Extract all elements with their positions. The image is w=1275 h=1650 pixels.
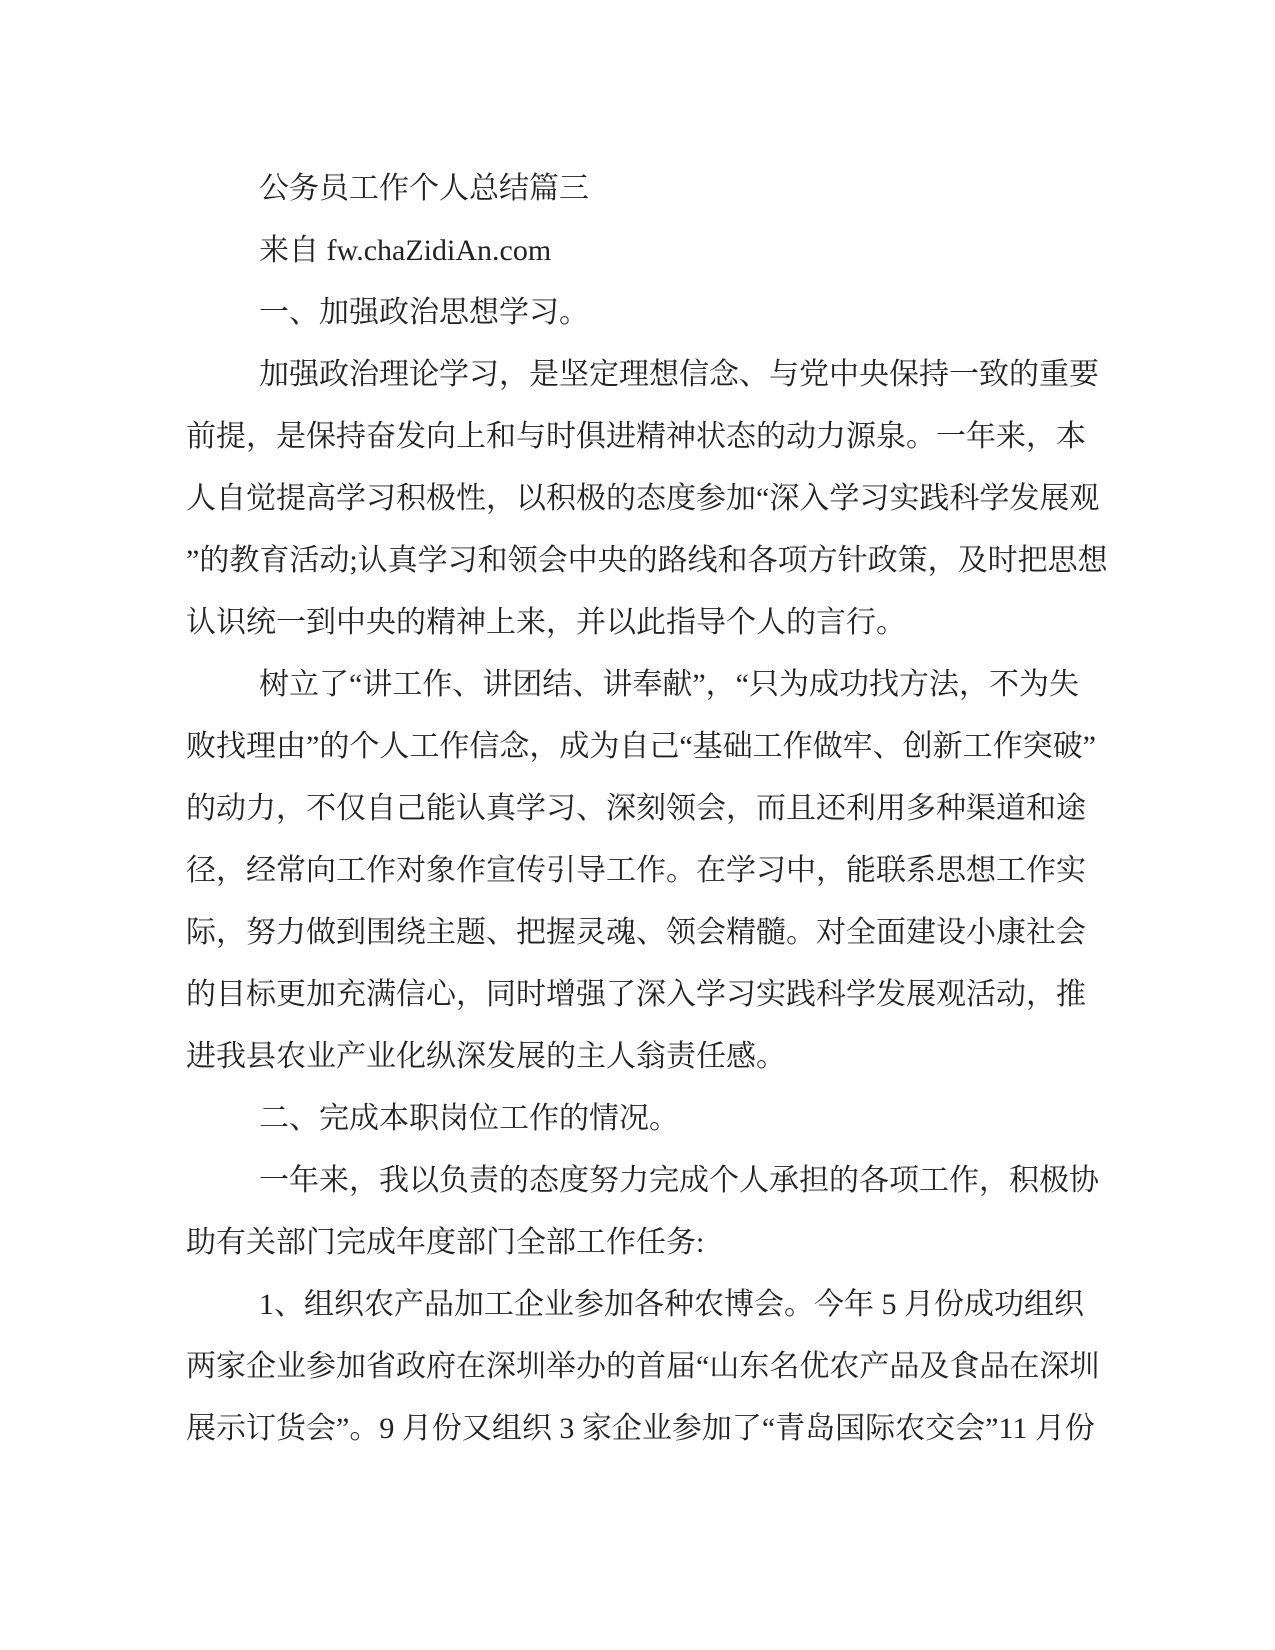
body-line: 径，经常向工作对象作宣传引导工作。在学习中，能联系思想工作实 [186, 840, 1096, 902]
body-line: 认识统一到中央的精神上来，并以此指导个人的言行。 [186, 592, 1096, 654]
body-line: 前提，是保持奋发向上和与时俱进精神状态的动力源泉。一年来，本 [186, 406, 1096, 468]
body-line: 败找理由”的个人工作信念，成为自己“基础工作做牢、创新工作突破” [186, 716, 1096, 778]
list-item-line: 两家企业参加省政府在深圳举办的首届“山东名优农产品及食品在深圳 [186, 1336, 1096, 1398]
body-line: 的目标更加充满信心，同时增强了深入学习实践科学发展观活动，推 [186, 964, 1096, 1026]
list-item-line: 展示订货会”。9 月份又组织 3 家企业参加了“青岛国际农交会”11 月份 [186, 1398, 1096, 1460]
document-text-block: 公务员工作个人总结篇三 来自 fw.chaZidiAn.com 一、加强政治思想… [186, 158, 1096, 1460]
body-line: 树立了“讲工作、讲团结、讲奉献”，“只为成功找方法，不为失 [186, 654, 1096, 716]
body-line: 际，努力做到围绕主题、把握灵魂、领会精髓。对全面建设小康社会 [186, 902, 1096, 964]
body-line: 助有关部门完成年度部门全部工作任务: [186, 1212, 1096, 1274]
body-line: 加强政治理论学习，是坚定理想信念、与党中央保持一致的重要 [186, 344, 1096, 406]
body-line: 人自觉提高学习积极性，以积极的态度参加“深入学习实践科学发展观 [186, 468, 1096, 530]
body-line: 的动力，不仅自己能认真学习、深刻领会，而且还利用多种渠道和途 [186, 778, 1096, 840]
doc-title: 公务员工作个人总结篇三 [186, 158, 1096, 220]
body-line: ”的教育活动;认真学习和领会中央的路线和各项方针政策，及时把思想 [186, 530, 1096, 592]
list-item-line: 1、组织农产品加工企业参加各种农博会。今年 5 月份成功组织 [186, 1274, 1096, 1336]
section-heading-2: 二、完成本职岗位工作的情况。 [186, 1088, 1096, 1150]
document-page: 公务员工作个人总结篇三 来自 fw.chaZidiAn.com 一、加强政治思想… [0, 0, 1275, 1650]
source-line: 来自 fw.chaZidiAn.com [186, 220, 1096, 282]
body-line: 进我县农业产业化纵深发展的主人翁责任感。 [186, 1026, 1096, 1088]
body-line: 一年来，我以负责的态度努力完成个人承担的各项工作，积极协 [186, 1150, 1096, 1212]
section-heading-1: 一、加强政治思想学习。 [186, 282, 1096, 344]
